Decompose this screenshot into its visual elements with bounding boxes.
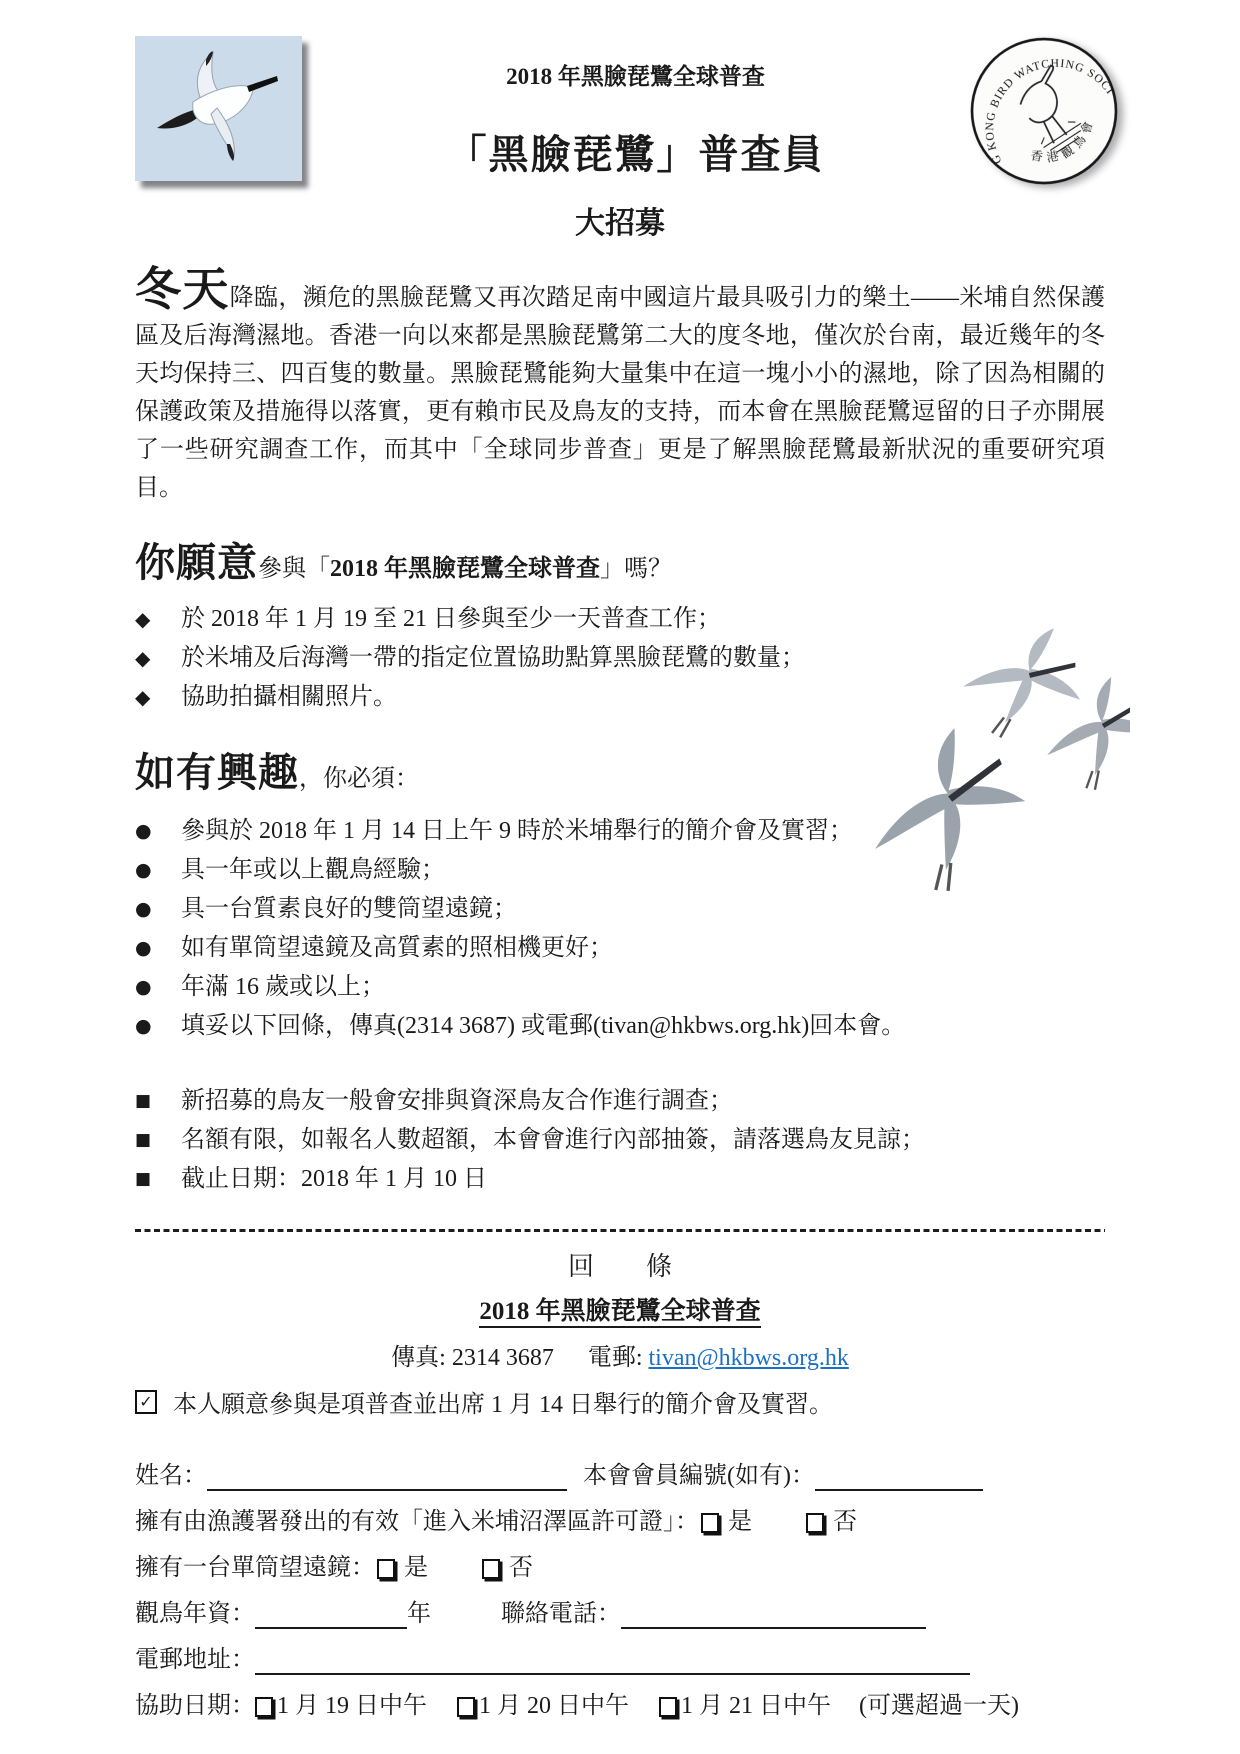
list-item: ●年滿 16 歲或以上； <box>135 968 1105 1007</box>
cut-dashed-line <box>135 1229 1105 1232</box>
email-blank-field <box>255 1647 970 1675</box>
yes-label: 是 <box>404 1553 428 1583</box>
list-item-text: 年滿 16 歲或以上； <box>181 968 385 1007</box>
no-label: 否 <box>833 1507 857 1537</box>
phone-label: 聯絡電話： <box>501 1599 621 1629</box>
form-row-name: 姓名： 本會會員編號(如有)： <box>135 1461 1105 1491</box>
checkbox-icon <box>255 1697 273 1717</box>
requirements-list: ●參與於 2018 年 1 月 14 日上午 9 時於米埔舉行的簡介會及實習； … <box>135 812 1105 1046</box>
date-option: 1 月 19 日中午 <box>277 1691 427 1721</box>
form-row-experience: 觀鳥年資： 年 聯絡電話： <box>135 1599 1105 1629</box>
list-item-text: 具一台質素良好的雙筒望遠鏡； <box>181 890 517 929</box>
form-row-scope: 擁有一台單筒望遠鏡： 是 否 <box>135 1553 1105 1583</box>
yes-label: 是 <box>728 1507 752 1537</box>
census-supertitle: 2018 年黑臉琵鷺全球普查 <box>302 58 969 91</box>
diamond-bullet-icon: ◆ <box>135 678 181 717</box>
email-link[interactable]: tivan@hkbws.org.hk <box>649 1345 849 1371</box>
willing-census-name: 2018 年黑臉琵鷺全球普查 <box>330 556 600 582</box>
list-item-text: 填妥以下回條，傳真(2314 3687) 或電郵(tivan@hkbws.org… <box>181 1007 905 1046</box>
email-label: 電郵: <box>588 1345 649 1371</box>
recruitment-subtitle: 大招募 <box>135 198 1105 242</box>
list-item-text: 如有單筒望遠鏡及高質素的照相機更好； <box>181 929 613 968</box>
reply-slip: 回 條 2018 年黑臉琵鷺全球普查 傳真: 2314 3687電郵: tiva… <box>135 1246 1105 1372</box>
checkbox-icon <box>377 1559 395 1579</box>
list-item: ■截止日期：2018 年 1 月 10 日 <box>135 1160 1105 1199</box>
dot-bullet-icon: ● <box>135 890 181 929</box>
list-item: ●具一台質素良好的雙筒望遠鏡； <box>135 890 1105 929</box>
checkbox-icon <box>659 1697 677 1717</box>
list-item-text: 參與於 2018 年 1 月 14 日上午 9 時於米埔舉行的簡介會及實習； <box>181 812 853 851</box>
flyer-page: 2018 年黑臉琵鷺全球普查 「黑臉琵鷺」普查員 HONG KONG BIRD … <box>0 0 1240 1754</box>
confirm-text: 本人願意參與是項普查並出席 1 月 14 日舉行的簡介會及實習。 <box>173 1384 833 1419</box>
intro-body: 降臨，瀕危的黑臉琵鷺又再次踏足南中國這片最具吸引力的樂土——米埔自然保護區及后海… <box>135 285 1105 501</box>
checkbox-checked-icon: ✓ <box>135 1390 157 1414</box>
scope-label: 擁有一台單筒望遠鏡： <box>135 1553 375 1583</box>
list-item-text: 名額有限，如報名人數超額，本會會進行內部抽簽，請落選鳥友見諒； <box>181 1121 925 1160</box>
list-item: ●具一年或以上觀鳥經驗； <box>135 851 1105 890</box>
birding-years-label: 觀鳥年資： <box>135 1599 255 1629</box>
name-blank-field <box>207 1463 567 1491</box>
hkbws-logo: HONG KONG BIRD WATCHING SOCIETY 香港觀鳥會 <box>940 7 1147 214</box>
list-item: ◆協助拍攝相關照片。 <box>135 678 1105 717</box>
phone-blank-field <box>621 1601 926 1629</box>
birding-years-blank-field <box>255 1601 407 1629</box>
checkbox-icon <box>457 1697 475 1717</box>
list-item-text: 於 2018 年 1 月 19 至 21 日參與至少一天普查工作； <box>181 600 721 639</box>
square-bullet-icon: ■ <box>135 1082 181 1121</box>
willing-list: ◆於 2018 年 1 月 19 至 21 日參與至少一天普查工作； ◆於米埔及… <box>135 600 1105 717</box>
page-title: 「黑臉琵鷺」普查員 <box>302 123 969 180</box>
checkbox-icon <box>482 1559 500 1579</box>
spoonbill-photo <box>135 36 302 181</box>
email-address-label: 電郵地址： <box>135 1645 255 1675</box>
fax-number: 傳真: 2314 3687 <box>391 1345 554 1371</box>
no-label: 否 <box>509 1553 533 1583</box>
list-item: ●參與於 2018 年 1 月 14 日上午 9 時於米埔舉行的簡介會及實習； <box>135 812 1105 851</box>
list-item-text: 具一年或以上觀鳥經驗； <box>181 851 445 890</box>
willing-post: 」嗎？ <box>600 556 672 582</box>
intro-paragraph: 冬天降臨，瀕危的黑臉琵鷺又再次踏足南中國這片最具吸引力的樂土——米埔自然保護區及… <box>135 270 1105 507</box>
confirm-line: ✓ 本人願意參與是項普查並出席 1 月 14 日舉行的簡介會及實習。 <box>135 1384 1105 1419</box>
name-label: 姓名： <box>135 1461 207 1491</box>
intro-lead: 冬天 <box>135 264 230 315</box>
dot-bullet-icon: ● <box>135 1007 181 1046</box>
list-item-text: 協助拍攝相關照片。 <box>181 678 397 717</box>
permit-label: 擁有由漁護署發出的有效「進入米埔沼澤區許可證」： <box>135 1507 699 1537</box>
dot-bullet-icon: ● <box>135 968 181 1007</box>
willing-pre: 參與「 <box>258 556 330 582</box>
date-option: 1 月 21 日中午 <box>681 1691 831 1721</box>
header: 2018 年黑臉琵鷺全球普查 「黑臉琵鷺」普查員 HONG KONG BIRD … <box>117 0 1123 186</box>
years-unit: 年 <box>407 1599 431 1629</box>
list-item-text: 截止日期：2018 年 1 月 10 日 <box>181 1160 487 1199</box>
assist-date-label: 協助日期： <box>135 1691 255 1721</box>
square-bullet-icon: ■ <box>135 1160 181 1199</box>
form-row-email: 電郵地址： <box>135 1645 1105 1675</box>
checkbox-icon <box>701 1513 719 1533</box>
willing-lead: 你願意 <box>135 540 258 585</box>
interested-lead: 如有興趣 <box>135 750 299 795</box>
diamond-bullet-icon: ◆ <box>135 600 181 639</box>
interested-heading: 如有興趣，你必須： <box>135 741 1105 798</box>
member-number-label: 本會會員編號(如有)： <box>583 1461 815 1491</box>
reply-slip-title: 回 條 <box>135 1246 1105 1283</box>
list-item: ◆於 2018 年 1 月 19 至 21 日參與至少一天普查工作； <box>135 600 1105 639</box>
date-note: (可選超過一天) <box>859 1691 1019 1721</box>
date-option: 1 月 20 日中午 <box>479 1691 629 1721</box>
list-item: ■新招募的鳥友一般會安排與資深鳥友合作進行調查； <box>135 1082 1105 1121</box>
member-number-blank-field <box>815 1463 983 1491</box>
notes-list: ■新招募的鳥友一般會安排與資深鳥友合作進行調查； ■名額有限，如報名人數超額，本… <box>135 1082 1105 1199</box>
list-item: ●填妥以下回條，傳真(2314 3687) 或電郵(tivan@hkbws.or… <box>135 1007 1105 1046</box>
header-titles: 2018 年黑臉琵鷺全球普查 「黑臉琵鷺」普查員 <box>302 36 969 180</box>
dot-bullet-icon: ● <box>135 812 181 851</box>
reply-form: 姓名： 本會會員編號(如有)： 擁有由漁護署發出的有效「進入米埔沼澤區許可證」：… <box>135 1461 1105 1721</box>
square-bullet-icon: ■ <box>135 1121 181 1160</box>
dot-bullet-icon: ● <box>135 851 181 890</box>
list-item-text: 於米埔及后海灣一帶的指定位置協助點算黑臉琵鷺的數量； <box>181 639 805 678</box>
list-item: ◆於米埔及后海灣一帶的指定位置協助點算黑臉琵鷺的數量； <box>135 639 1105 678</box>
page-content: 2018 年黑臉琵鷺全球普查 「黑臉琵鷺」普查員 HONG KONG BIRD … <box>0 0 1240 1721</box>
willing-heading: 你願意參與「2018 年黑臉琵鷺全球普查」嗎？ <box>135 531 1105 588</box>
form-row-dates: 協助日期： 1 月 19 日中午 1 月 20 日中午 1 月 21 日中午 (… <box>135 1691 1105 1721</box>
reply-contact-line: 傳真: 2314 3687電郵: tivan@hkbws.org.hk <box>135 1337 1105 1372</box>
interested-suffix: ，你必須： <box>299 766 419 792</box>
list-item: ●如有單筒望遠鏡及高質素的照相機更好； <box>135 929 1105 968</box>
checkbox-icon <box>806 1513 824 1533</box>
list-item: ■名額有限，如報名人數超額，本會會進行內部抽簽，請落選鳥友見諒； <box>135 1121 1105 1160</box>
reply-census-title: 2018 年黑臉琵鷺全球普查 <box>135 1291 1105 1327</box>
form-row-permit: 擁有由漁護署發出的有效「進入米埔沼澤區許可證」： 是 否 <box>135 1507 1105 1537</box>
dot-bullet-icon: ● <box>135 929 181 968</box>
list-item-text: 新招募的鳥友一般會安排與資深鳥友合作進行調查； <box>181 1082 733 1121</box>
diamond-bullet-icon: ◆ <box>135 639 181 678</box>
